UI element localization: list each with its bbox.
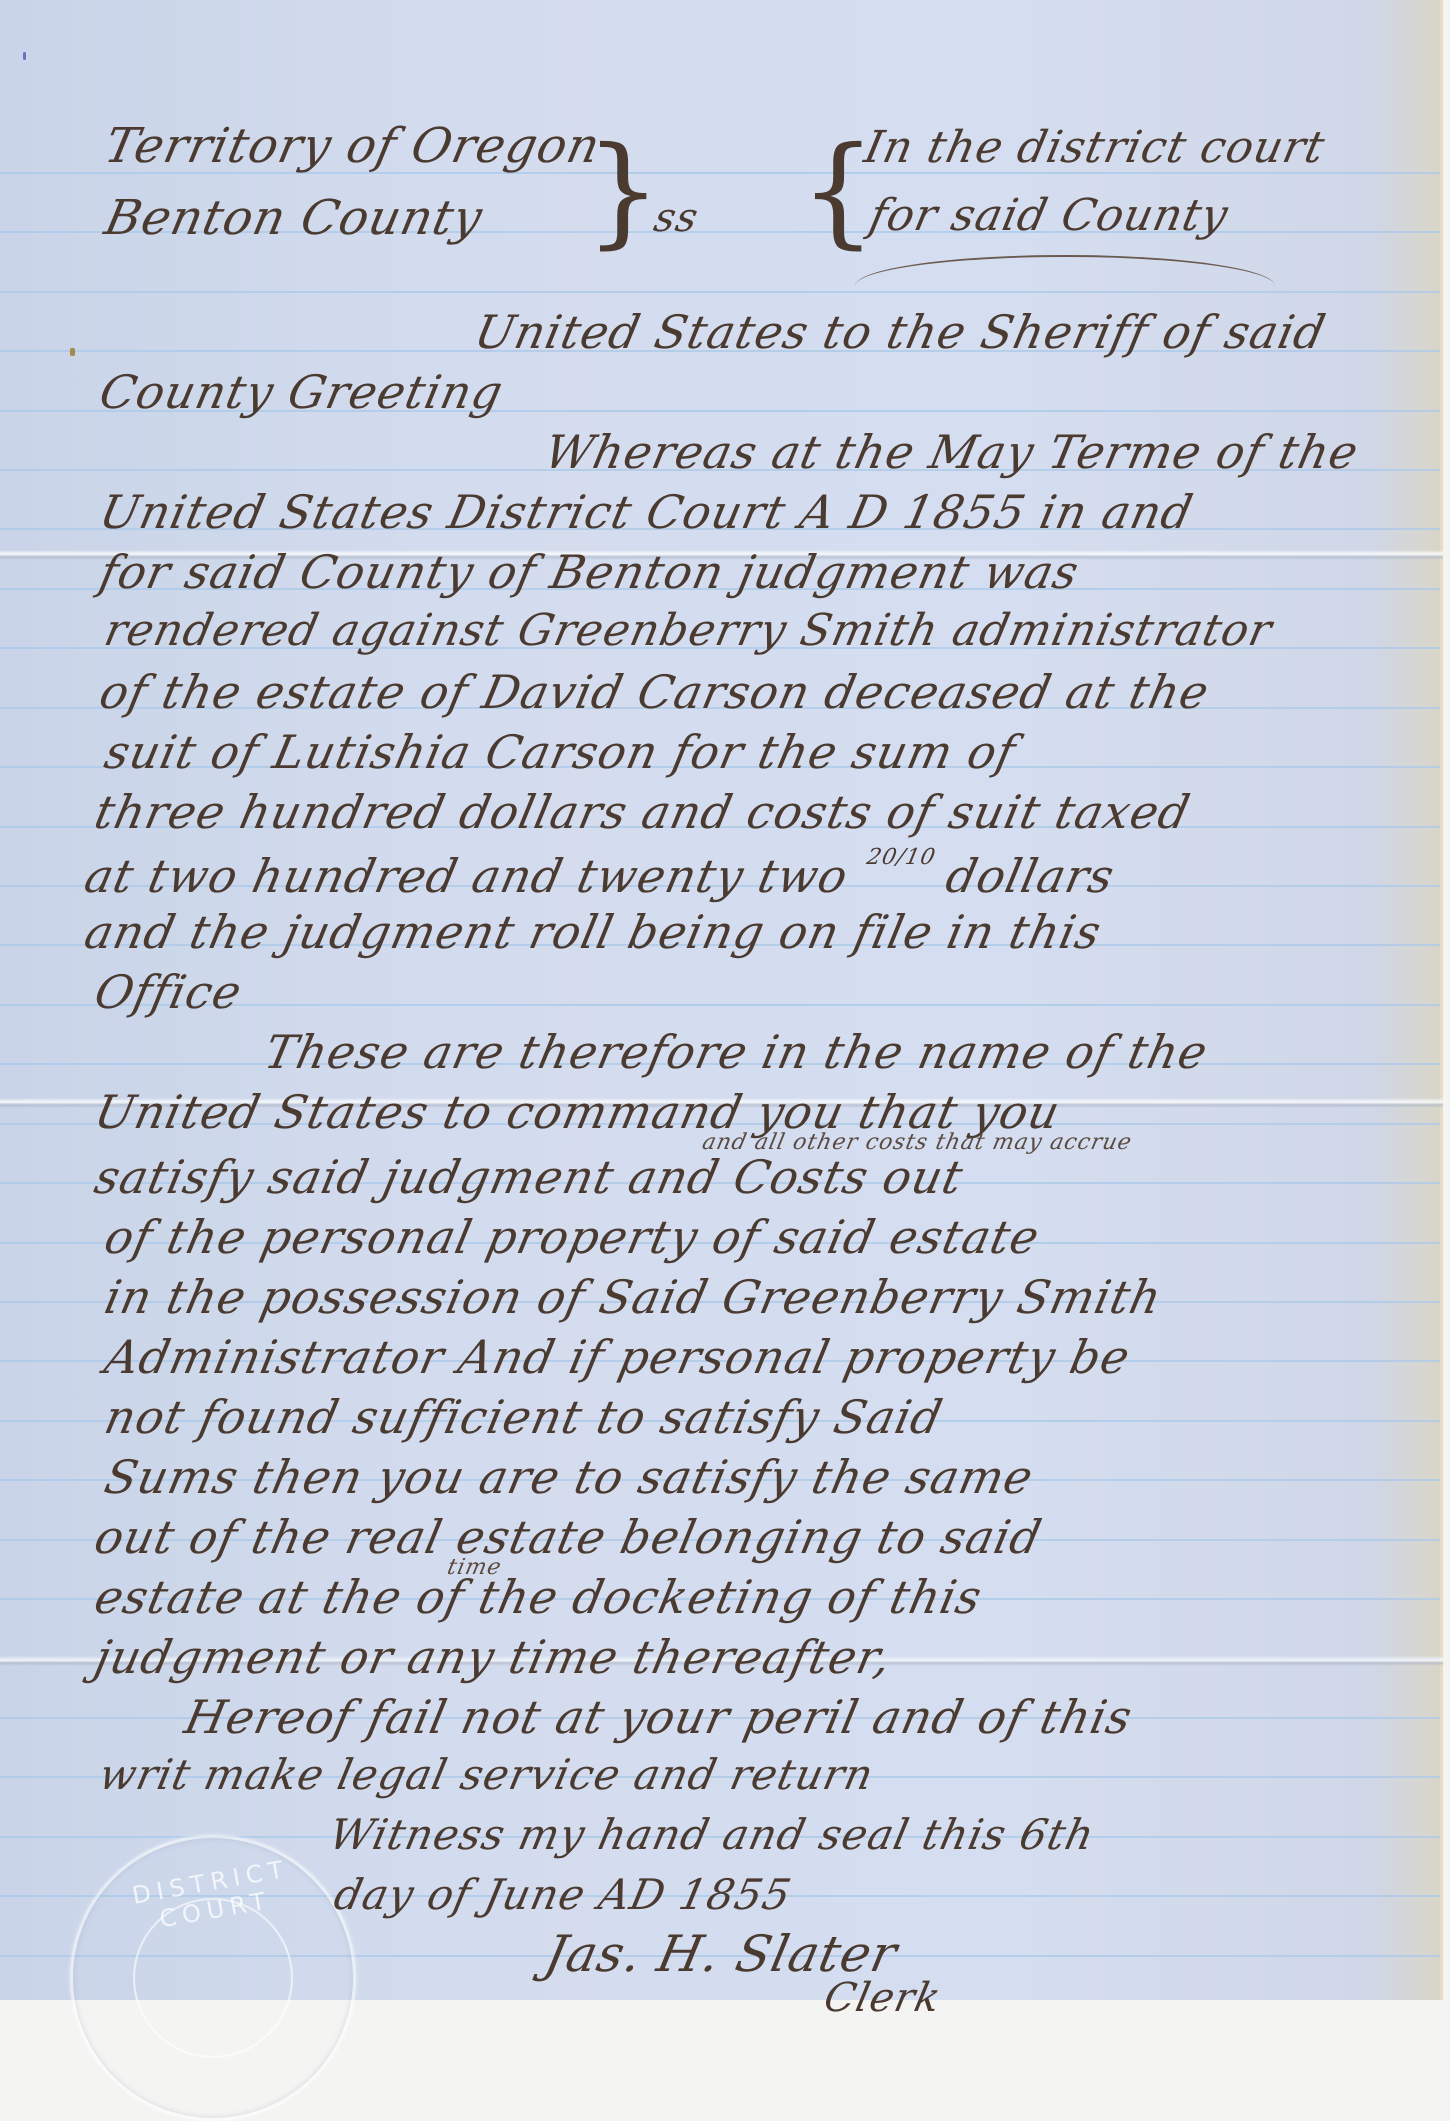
text-line: at two hundred and twenty two 20/10 doll…	[80, 845, 1120, 903]
header-court: In the district court	[860, 122, 1330, 173]
text-segment: dollars	[941, 849, 1119, 903]
text-line: suit of Lutishia Carson for the sum of	[100, 725, 1021, 779]
text-line: estate at the of the docketing of this	[90, 1570, 987, 1624]
text-line: satisfy said judgment and Costs out	[90, 1150, 968, 1204]
document-page: DISTRICT COURT Territory of Oregon Bento…	[0, 0, 1443, 2000]
text-line: out of the real estate belonging to said	[90, 1510, 1047, 1564]
left-brace: }	[585, 132, 661, 252]
header-ss: ss	[650, 195, 703, 241]
header-for-county: for said County	[865, 190, 1233, 241]
text-line: writ make legal service and return	[95, 1750, 878, 1799]
ink-spot	[70, 348, 75, 356]
text-line: and the judgment roll being on file in t…	[80, 905, 1106, 959]
fraction: 20/10	[864, 845, 938, 870]
text-line: not found sufficient to satisfy Said	[100, 1390, 948, 1444]
text-line: for said County of Benton judgment was	[95, 545, 1084, 599]
text-line: of the estate of David Carson deceased a…	[95, 665, 1214, 719]
text-line: County Greeting	[95, 365, 508, 419]
text-line: rendered against Greenberry Smith admini…	[100, 605, 1277, 656]
text-line: United States to the Sheriff of said	[470, 305, 1331, 359]
text-line: of the personal property of said estate	[100, 1210, 1045, 1264]
text-line: United States District Court A D 1855 in…	[95, 485, 1198, 539]
header-county: Benton County	[100, 190, 488, 246]
text-line: in the possession of Said Greenberry Smi…	[100, 1270, 1167, 1324]
text-line: three hundred dollars and costs of suit …	[90, 785, 1195, 839]
text-line: Hereof fail not at your peril and of thi…	[180, 1690, 1137, 1744]
text-line: Sums then you are to satisfy the same	[100, 1450, 1038, 1504]
clerk-title: Clerk	[820, 1975, 945, 2000]
ink-spot	[23, 52, 26, 60]
text-line: Whereas at the May Terme of the	[540, 425, 1364, 479]
header-territory: Territory of Oregon	[100, 118, 606, 174]
text-line: day of June AD 1855	[330, 1870, 796, 1919]
text-line: Administrator And if personal property b…	[100, 1330, 1135, 1384]
text-line: Office	[90, 965, 247, 1019]
embossed-court-seal: DISTRICT COURT	[70, 1835, 356, 2000]
text-line: These are therefore in the name of the	[260, 1025, 1213, 1079]
text-line: Witness my hand and seal this 6th	[325, 1810, 1099, 1859]
text-line: judgment or any time thereafter,	[90, 1630, 897, 1684]
text-segment: at two hundred and twenty two	[80, 849, 853, 903]
